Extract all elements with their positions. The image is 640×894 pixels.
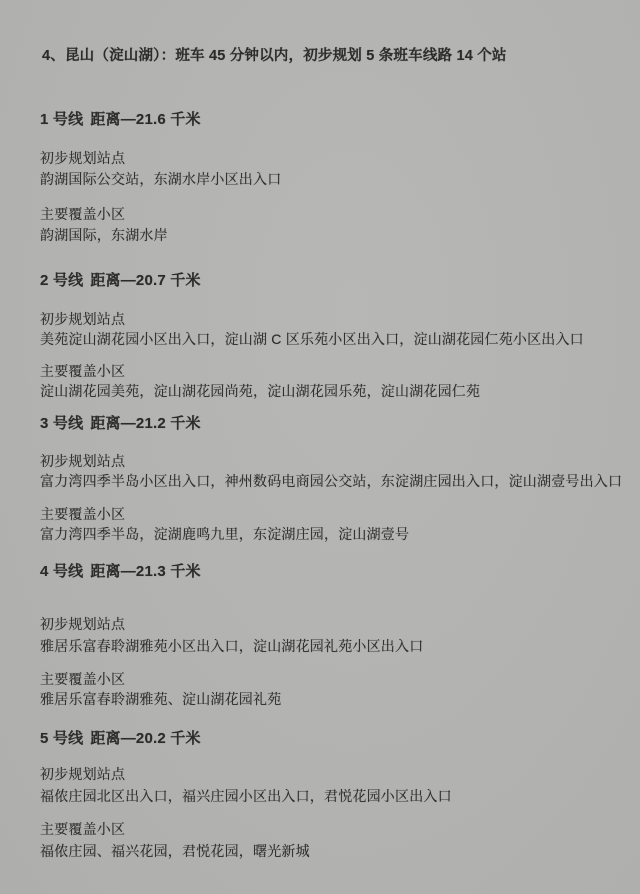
covered-communities-text: 韵湖国际，东湖水岸 — [40, 225, 168, 245]
planned-stations-text: 富力湾四季半岛小区出入口，神州数码电商园公交站，东淀湖庄园出入口，淀山湖壹号出入… — [40, 471, 622, 491]
bus-line-3-heading: 3 号线距离—21.2 千米 — [40, 412, 201, 433]
document-title: 4、昆山（淀山湖）：班车 45 分钟以内，初步规划 5 条班车线路 14 个站 — [42, 44, 507, 65]
covered-communities-text: 淀山湖花园美苑，淀山湖花园尚苑，淀山湖花园乐苑，淀山湖花园仁苑 — [40, 381, 480, 401]
bus-line-1-distance: 距离—21.6 千米 — [90, 111, 200, 128]
bus-line-4-heading: 4 号线距离—21.3 千米 — [40, 560, 201, 581]
bus-line-4-distance: 距离—21.3 千米 — [90, 563, 200, 580]
bus-line-1-name: 1 号线 — [40, 111, 83, 128]
planned-stations-text: 福侬庄园北区出入口，福兴庄园小区出入口，君悦花园小区出入口 — [40, 786, 452, 806]
bus-line-2-heading: 2 号线距离—20.7 千米 — [40, 269, 201, 290]
covered-communities-label: 主要覆盖小区 — [40, 669, 125, 689]
planned-stations-label: 初步规划站点 — [40, 309, 125, 329]
bus-line-1-heading: 1 号线距离—21.6 千米 — [40, 108, 201, 129]
bus-line-3-distance: 距离—21.2 千米 — [90, 415, 200, 432]
covered-communities-label: 主要覆盖小区 — [40, 504, 125, 524]
planned-stations-label: 初步规划站点 — [40, 148, 125, 168]
covered-communities-text: 富力湾四季半岛，淀湖鹿鸣九里，东淀湖庄园，淀山湖壹号 — [40, 524, 409, 544]
bus-line-5-distance: 距离—20.2 千米 — [90, 730, 200, 747]
covered-communities-label: 主要覆盖小区 — [40, 204, 125, 224]
bus-line-5-heading: 5 号线距离—20.2 千米 — [40, 727, 201, 748]
bus-line-3-name: 3 号线 — [40, 415, 83, 432]
bus-line-5-name: 5 号线 — [40, 730, 83, 747]
planned-stations-text: 韵湖国际公交站，东湖水岸小区出入口 — [40, 169, 281, 189]
planned-stations-label: 初步规划站点 — [40, 764, 125, 784]
bus-line-2-name: 2 号线 — [40, 272, 83, 289]
document-page: 4、昆山（淀山湖）：班车 45 分钟以内，初步规划 5 条班车线路 14 个站 … — [0, 0, 640, 894]
planned-stations-text: 雅居乐富春聆湖雅苑小区出入口，淀山湖花园礼苑小区出入口 — [40, 636, 423, 656]
bus-line-4-name: 4 号线 — [40, 563, 83, 580]
covered-communities-label: 主要覆盖小区 — [40, 819, 125, 839]
bus-line-2-distance: 距离—20.7 千米 — [90, 272, 200, 289]
covered-communities-text: 雅居乐富春聆湖雅苑、淀山湖花园礼苑 — [40, 689, 281, 709]
planned-stations-label: 初步规划站点 — [40, 614, 125, 634]
planned-stations-text: 美苑淀山湖花园小区出入口，淀山湖 C 区乐苑小区出入口，淀山湖花园仁苑小区出入口 — [40, 329, 584, 349]
covered-communities-label: 主要覆盖小区 — [40, 361, 125, 381]
covered-communities-text: 福侬庄园、福兴花园，君悦花园，曙光新城 — [40, 841, 310, 861]
planned-stations-label: 初步规划站点 — [40, 451, 125, 471]
